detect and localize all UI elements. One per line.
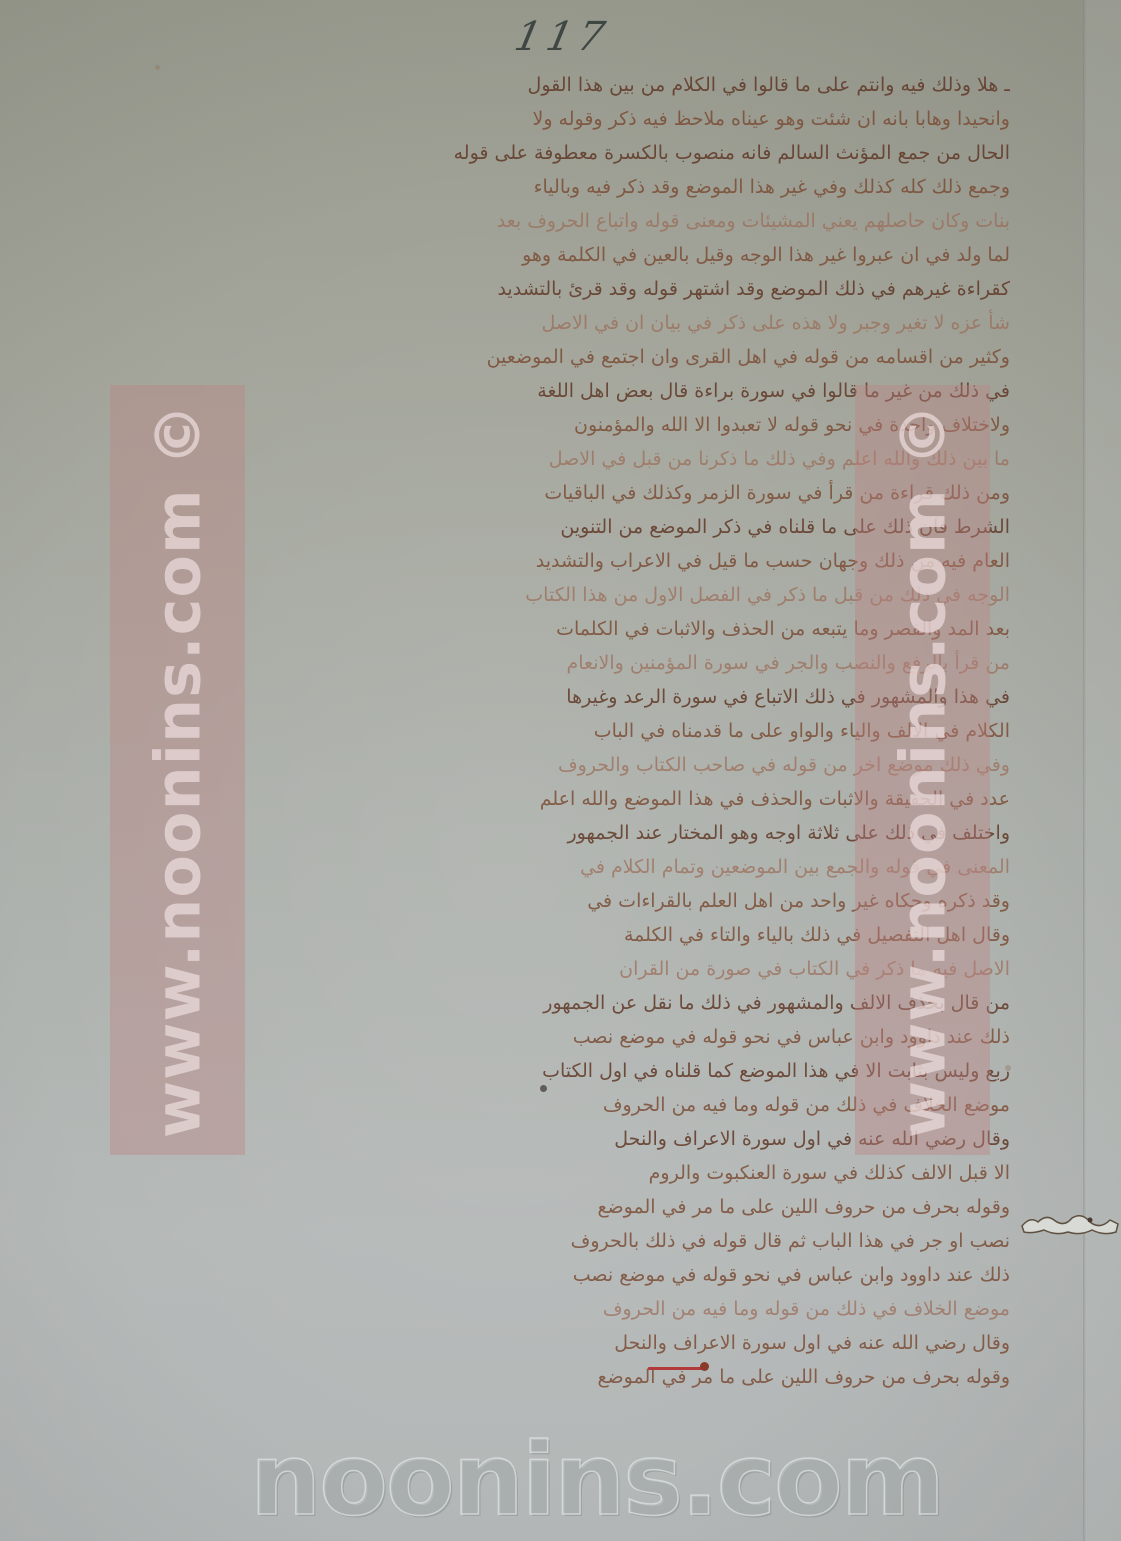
paper-tear-icon xyxy=(1020,1208,1120,1238)
ink-spot xyxy=(155,65,160,70)
text-line: موضع الخلاف في ذلك من قوله وما فيه من ال… xyxy=(225,1292,1010,1326)
rubric-overline xyxy=(648,1367,706,1370)
watermark-text-right: www.noonins.com © xyxy=(855,386,990,1156)
text-line: وقوله بحرف من حروف اللين على ما مر في ال… xyxy=(225,1360,1010,1394)
text-line: وقال رضي الله عنه في اول سورة الاعراف وا… xyxy=(225,1326,1010,1360)
text-line: الا قبل الالف كذلك في سورة العنكبوت والر… xyxy=(225,1156,1010,1190)
text-line: لما ولد في ان عبروا غير هذا الوجه وقيل ب… xyxy=(225,238,1010,272)
text-line: ـ هلا وذلك فيه وانتم على ما قالوا في الك… xyxy=(225,68,1010,102)
adjacent-leaf-edge xyxy=(1086,0,1121,1541)
text-line: كقراءة غيرهم في ذلك الموضع وقد اشتهر قول… xyxy=(225,272,1010,306)
text-line: وانحيدا وهابا بانه ان شئت وهو عيناه ملاح… xyxy=(225,102,1010,136)
watermark-text-left: www.noonins.com © xyxy=(110,386,245,1156)
page-fold-line xyxy=(1083,0,1086,1541)
text-line: ذلك عند داوود وابن عباس في نحو قوله في م… xyxy=(225,1258,1010,1292)
text-line: وجمع ذلك كله كذلك وفي غير هذا الموضع وقد… xyxy=(225,170,1010,204)
text-line: شأ عزه لا تغير وجبر ولا هذه على ذكر في ب… xyxy=(225,306,1010,340)
text-line: نصب او جر في هذا الباب ثم قال قوله في ذل… xyxy=(225,1224,1010,1258)
text-line: وكثير من اقسامه من قوله في اهل القرى وان… xyxy=(225,340,1010,374)
watermark-bottom: noonins.com xyxy=(250,1430,870,1530)
watermark-band-left: www.noonins.com © xyxy=(110,385,245,1155)
watermark-band-right: www.noonins.com © xyxy=(855,385,990,1155)
text-line: وقوله بحرف من حروف اللين على ما مر في ال… xyxy=(225,1190,1010,1224)
folio-number: 117 xyxy=(510,14,631,64)
text-line: بنات وكان حاصلهم يعني المشيئات ومعنى قول… xyxy=(225,204,1010,238)
manuscript-page: 117 ـ هلا وذلك فيه وانتم على ما قالوا في… xyxy=(0,0,1121,1541)
rubric-dot xyxy=(700,1362,709,1371)
text-line: الحال من جمع المؤنث السالم فانه منصوب با… xyxy=(225,136,1010,170)
